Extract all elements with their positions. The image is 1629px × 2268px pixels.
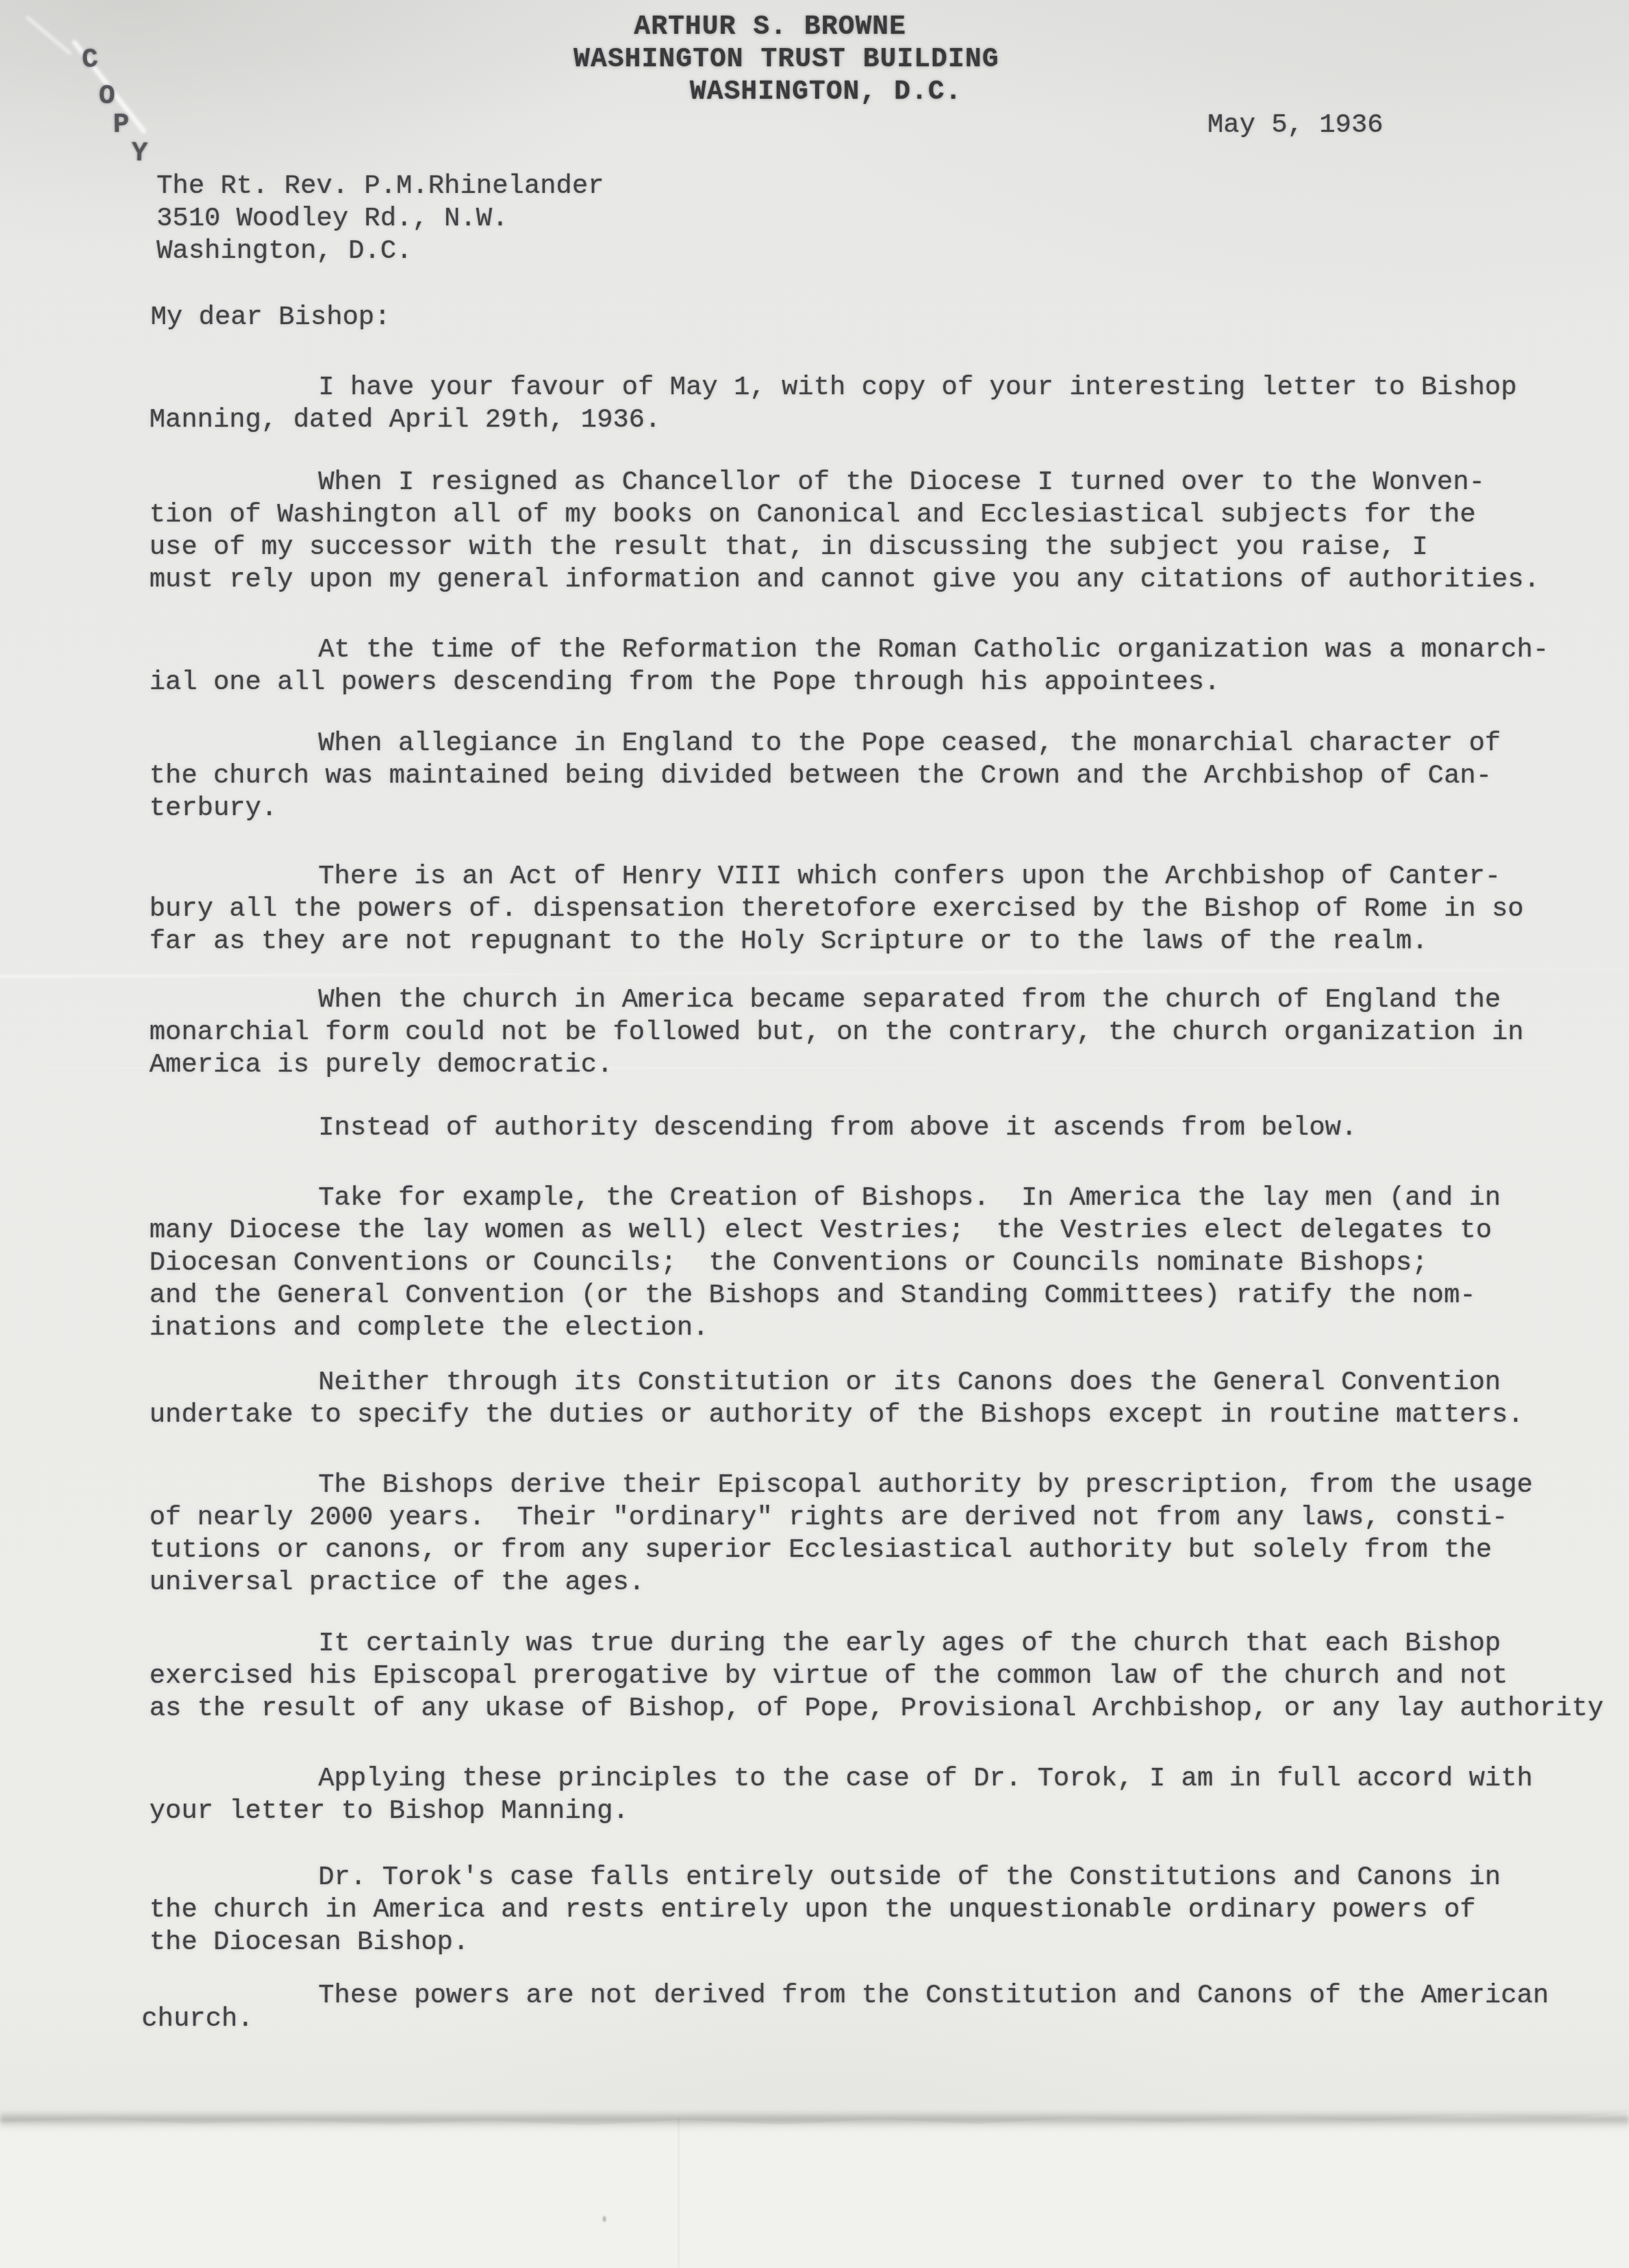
- letter-paragraph: Dr. Torok's case falls entirely outside …: [149, 1861, 1629, 1959]
- scanned-letter-page: C O P Y ARTHUR S. BROWNE WASHINGTON TRUS…: [0, 0, 1629, 2268]
- letter-paragraph: When I resigned as Chancellor of the Dio…: [149, 466, 1629, 596]
- letterhead-city: WASHINGTON, D.C.: [690, 75, 962, 108]
- recipient-city: Washington, D.C.: [157, 235, 412, 268]
- letter-paragraph: There is an Act of Henry VIII which conf…: [149, 861, 1629, 958]
- recipient-street: 3510 Woodley Rd., N.W.: [157, 203, 508, 235]
- letter-paragraph: The Bishops derive their Episcopal autho…: [149, 1469, 1629, 1599]
- letter-paragraph: When the church in America became separa…: [149, 984, 1629, 1081]
- letter-paragraph: Take for example, the Creation of Bishop…: [149, 1182, 1629, 1344]
- copy-stamp-letter: Y: [131, 138, 148, 170]
- letter-paragraph: These powers are not derived from the Co…: [318, 1980, 1617, 2012]
- letter-paragraph: I have your favour of May 1, with copy o…: [149, 372, 1629, 436]
- letterhead-name: ARTHUR S. BROWNE: [634, 10, 906, 43]
- letter-paragraph: When allegiance in England to the Pope c…: [149, 727, 1629, 825]
- letter-paragraph: Instead of authority descending from abo…: [149, 1112, 1629, 1144]
- recipient-name: The Rt. Rev. P.M.Rhinelander: [157, 170, 604, 203]
- copy-stamp-letter: C: [81, 44, 99, 76]
- copy-stamp-letter: O: [99, 81, 116, 112]
- letter-paragraph: It certainly was true during the early a…: [149, 1628, 1629, 1725]
- letter-paragraph-hanging-word: church.: [142, 2003, 401, 2035]
- letter-paragraph: Neither through its Constitution or its …: [149, 1367, 1629, 1431]
- copy-stamp-letter: P: [113, 109, 130, 140]
- letter-date: May 5, 1936: [1207, 109, 1383, 142]
- backing-seam-line: [678, 2119, 679, 2268]
- dust-speck: [603, 2216, 606, 2222]
- letter-paragraph: At the time of the Reformation the Roman…: [149, 634, 1629, 699]
- letterhead-building: WASHINGTON TRUST BUILDING: [574, 43, 999, 75]
- paper-torn-edge-shadow: [0, 2111, 1629, 2130]
- letter-paragraph: Applying these principles to the case of…: [149, 1763, 1629, 1828]
- salutation: My dear Bishop:: [151, 301, 390, 334]
